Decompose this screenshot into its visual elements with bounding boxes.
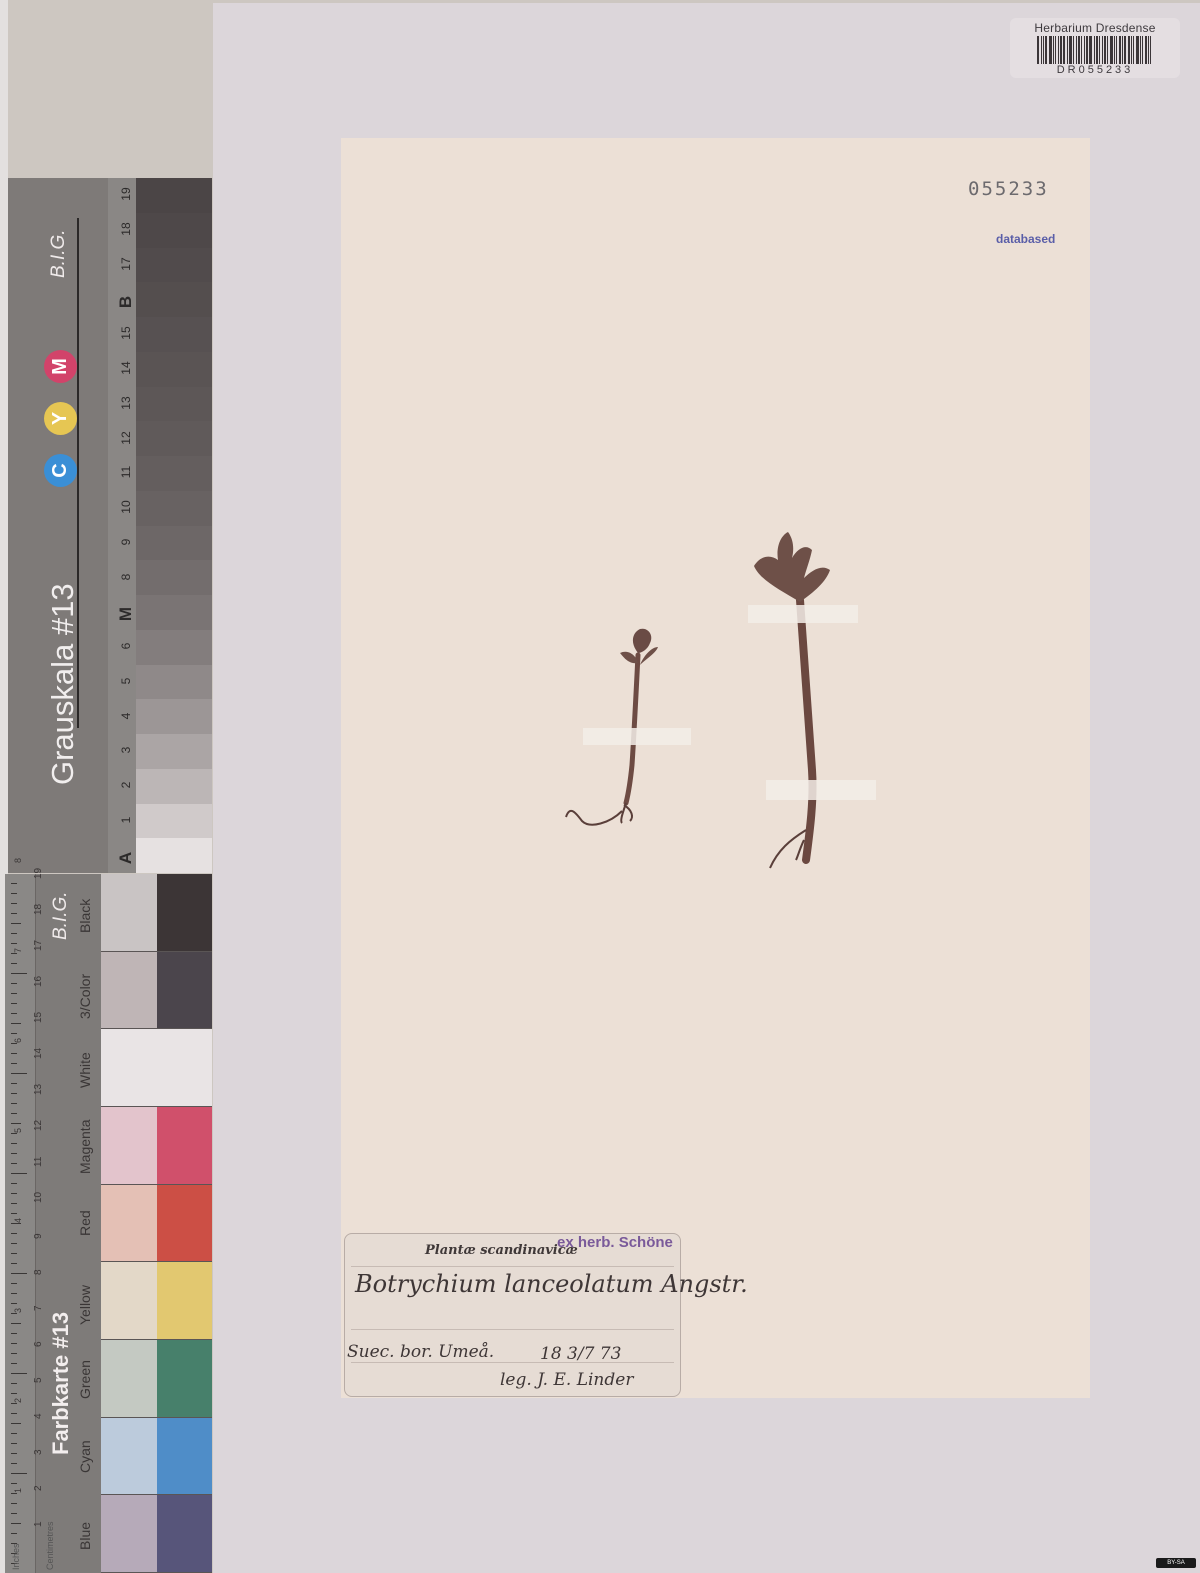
plant-specimen-large <box>750 530 890 875</box>
color-patch-black-dark <box>157 874 212 952</box>
grayscale-scale-label: 11 <box>119 462 133 482</box>
grayscale-title: Grauskala #13 <box>45 583 81 785</box>
grayscale-scale-label: 4 <box>119 706 133 726</box>
color-patches-light <box>101 874 157 1573</box>
grayscale-patch <box>136 630 212 665</box>
color-patch-yellow-dark <box>157 1262 212 1340</box>
label-rule <box>351 1266 674 1267</box>
barcode-label: Herbarium Dresdense DR055233 <box>1010 18 1180 78</box>
grayscale-patch <box>136 317 212 352</box>
inch-label: 4 <box>13 1218 23 1223</box>
grayscale-patch <box>136 699 212 734</box>
color-label: Blue <box>77 1522 93 1550</box>
color-label: Black <box>77 899 93 933</box>
grayscale-scale-label: 15 <box>119 323 133 343</box>
grayscale-patch <box>136 178 212 213</box>
color-patch-red-light <box>101 1185 157 1263</box>
provenance-stamp: ex herb. Schöne <box>557 1234 673 1251</box>
grayscale-scale-label: A <box>116 848 136 868</box>
cm-label: 10 <box>33 1192 44 1203</box>
collection-date: 18 3/7 73 <box>540 1344 621 1364</box>
color-label: Magenta <box>77 1119 93 1173</box>
grayscale-scale-label: 14 <box>119 358 133 378</box>
color-label: Cyan <box>77 1440 93 1473</box>
color-patch-red-dark <box>157 1185 212 1263</box>
color-patch-white-light <box>101 1029 157 1107</box>
grayscale-scale-label: 18 <box>119 219 133 239</box>
grayscale-patch <box>136 213 212 248</box>
grayscale-scale-label: B <box>116 292 136 312</box>
label-rule <box>351 1362 674 1363</box>
color-label: White <box>77 1052 93 1088</box>
inch-label: 2 <box>13 1398 23 1403</box>
color-patch-white-dark <box>157 1029 212 1107</box>
color-patch-magenta-light <box>101 1107 157 1185</box>
color-patch-3-color-dark <box>157 952 212 1030</box>
barcode-number: DR055233 <box>1010 64 1180 76</box>
determination-label: Plantæ scandinavicæ ex herb. Schöne Botr… <box>344 1233 681 1397</box>
label-header: Plantæ scandinavicæ <box>425 1243 578 1258</box>
cm-label: 15 <box>33 1012 44 1023</box>
grayscale-patch <box>136 769 212 804</box>
color-patch-blue-light <box>101 1495 157 1573</box>
grayscale-scale-label: 19 <box>119 184 133 204</box>
cm-label: 6 <box>33 1341 44 1347</box>
cm-label: 18 <box>33 904 44 915</box>
inch-label: 6 <box>13 1038 23 1043</box>
grayscale-patches <box>136 178 212 873</box>
databased-stamp: databased <box>996 232 1055 246</box>
color-patch-green-dark <box>157 1340 212 1418</box>
grayscale-patch <box>136 838 212 873</box>
ruler-unit-label: Centimetres <box>45 1521 55 1570</box>
grayscale-patch <box>136 560 212 595</box>
grayscale-scale-label: 9 <box>119 532 133 552</box>
color-patches-dark <box>157 874 212 1573</box>
grayscale-chart: A123456M89101112131415B171819 CYM <box>8 178 212 873</box>
ruler-unit-label: Inches <box>11 1543 21 1570</box>
color-chart-title: Farbkarte #13 <box>48 1312 74 1455</box>
cm-label: 4 <box>33 1413 44 1419</box>
institution-name: Herbarium Dresdense <box>1010 21 1180 35</box>
grayscale-scale-label: 2 <box>119 775 133 795</box>
inch-label: 8 <box>13 858 23 863</box>
color-chart-brand: B.I.G. <box>50 891 72 940</box>
cm-label: 11 <box>33 1157 44 1167</box>
color-patch-black-light <box>101 874 157 952</box>
inch-label: 5 <box>13 1128 23 1133</box>
color-chart: 1234567891011121314151617181912345678 Bl… <box>5 874 210 1573</box>
grayscale-scale-label: 13 <box>119 393 133 413</box>
inch-label: 3 <box>13 1308 23 1313</box>
cm-label: 1 <box>33 1521 44 1527</box>
inch-label: 7 <box>13 948 23 953</box>
ruler: 1234567891011121314151617181912345678 <box>5 874 36 1573</box>
grayscale-scale-label: 3 <box>119 740 133 760</box>
grayscale-scale-label: M <box>116 604 136 624</box>
grayscale-patch <box>136 421 212 456</box>
grayscale-patch <box>136 526 212 561</box>
grayscale-scale-label: 8 <box>119 567 133 587</box>
taxon-name: Botrychium lanceolatum Angstr. <box>355 1270 748 1298</box>
locality: Suec. bor. Umeå. <box>347 1342 494 1362</box>
grayscale-brand: B.I.G. <box>48 229 70 278</box>
cm-label: 9 <box>33 1233 44 1239</box>
grayscale-patch <box>136 282 212 317</box>
color-label: Yellow <box>77 1285 93 1325</box>
color-patch-magenta-dark <box>157 1107 212 1185</box>
color-patch-cyan-light <box>101 1418 157 1496</box>
specimen-paper <box>341 138 1090 1398</box>
cm-label: 7 <box>33 1305 44 1311</box>
cm-label: 3 <box>33 1449 44 1455</box>
color-patch-cyan-dark <box>157 1418 212 1496</box>
cmy-dot-y: Y <box>44 402 77 435</box>
accession-number: 055233 <box>968 178 1049 200</box>
color-label: Red <box>77 1210 93 1236</box>
mounting-tape-3 <box>766 780 876 800</box>
cmy-dot-m: M <box>44 350 77 383</box>
grayscale-scale-label: 17 <box>119 254 133 274</box>
color-patch-yellow-light <box>101 1262 157 1340</box>
grayscale-patch <box>136 456 212 491</box>
mounting-tape-2 <box>748 605 858 623</box>
color-label: Green <box>77 1360 93 1399</box>
grayscale-patch <box>136 352 212 387</box>
grayscale-patch <box>136 734 212 769</box>
grayscale-patch <box>136 248 212 283</box>
grayscale-scale-label: 5 <box>119 671 133 691</box>
mounting-tape-1 <box>583 728 691 745</box>
grayscale-patch <box>136 387 212 422</box>
cm-label: 12 <box>33 1120 44 1131</box>
grayscale-patch <box>136 804 212 839</box>
grayscale-patch <box>136 665 212 700</box>
label-rule <box>351 1329 674 1330</box>
color-patch-3-color-light <box>101 952 157 1030</box>
license-badge: BY-SA <box>1156 1558 1196 1568</box>
barcode-icon <box>1010 36 1180 64</box>
cm-label: 16 <box>33 976 44 987</box>
cm-label: 14 <box>33 1048 44 1059</box>
grayscale-scale <box>108 178 136 873</box>
grayscale-patch <box>136 595 212 630</box>
grayscale-scale-label: 12 <box>119 428 133 448</box>
grayscale-scale-label: 1 <box>119 810 133 830</box>
cm-label: 2 <box>33 1485 44 1491</box>
cmy-dot-c: C <box>44 454 77 487</box>
cm-label: 19 <box>33 868 44 879</box>
cm-label: 5 <box>33 1377 44 1383</box>
cm-label: 13 <box>33 1084 44 1095</box>
inch-label: 1 <box>13 1488 23 1493</box>
grayscale-scale-label: 6 <box>119 636 133 656</box>
cm-label: 17 <box>33 940 44 951</box>
cm-label: 8 <box>33 1269 44 1275</box>
collector: leg. J. E. Linder <box>500 1370 633 1390</box>
color-label: 3/Color <box>77 973 93 1018</box>
color-patch-blue-dark <box>157 1495 212 1573</box>
grayscale-scale-label: 10 <box>119 497 133 517</box>
color-patch-green-light <box>101 1340 157 1418</box>
grayscale-patch <box>136 491 212 526</box>
